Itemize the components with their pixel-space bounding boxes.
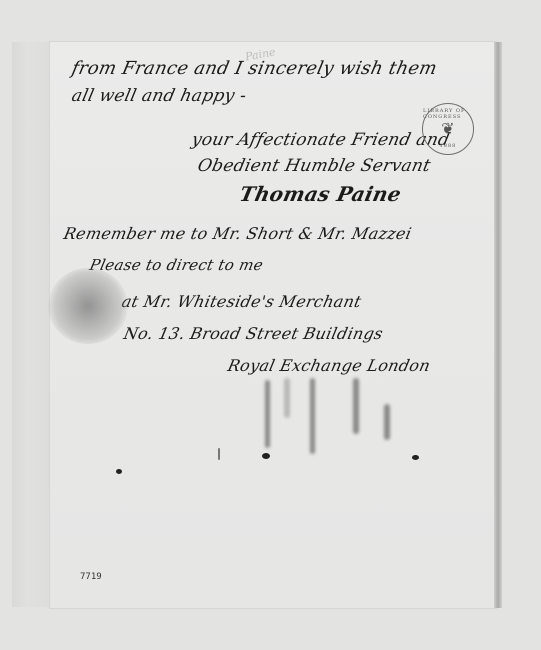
ink-bleed [310,378,315,454]
ink-spot [262,453,270,459]
postscript-line-3: at Mr. Whiteside's Merchant [120,292,363,311]
ink-spot [116,469,122,474]
letter-line-1: from France and I sincerely wish them [70,58,439,79]
stamp-year: 1888 [440,143,457,149]
postscript-line-4: No. 13. Broad Street Buildings [122,324,385,343]
stamp-rim-text: LIBRARY OF CONGRESS [423,108,473,120]
ink-spot [412,455,419,460]
backing-sheet [12,42,52,607]
ink-bleed [284,378,290,418]
closing-line-2: Obedient Humble Servant [196,156,433,176]
wax-seal-stain [48,268,128,344]
letter-line-2: all well and happy - [70,86,249,106]
closing-line-1: your Affectionate Friend and [190,130,452,150]
page-edge-shadow [494,42,502,608]
ink-bleed [384,404,390,440]
ink-spot [218,448,220,460]
postscript-line-5: Royal Exchange London [226,356,432,375]
archive-number: 7719 [80,572,102,582]
ink-bleed [265,380,270,448]
postscript-line-1: Remember me to Mr. Short & Mr. Mazzei [62,224,413,243]
ink-bleed [353,378,359,434]
library-stamp: LIBRARY OF CONGRESS ❦ 1888 [422,103,474,155]
postscript-line-2: Please to direct to me [88,256,265,274]
eagle-icon: ❦ [441,121,454,137]
signature: Thomas Paine [237,182,403,206]
